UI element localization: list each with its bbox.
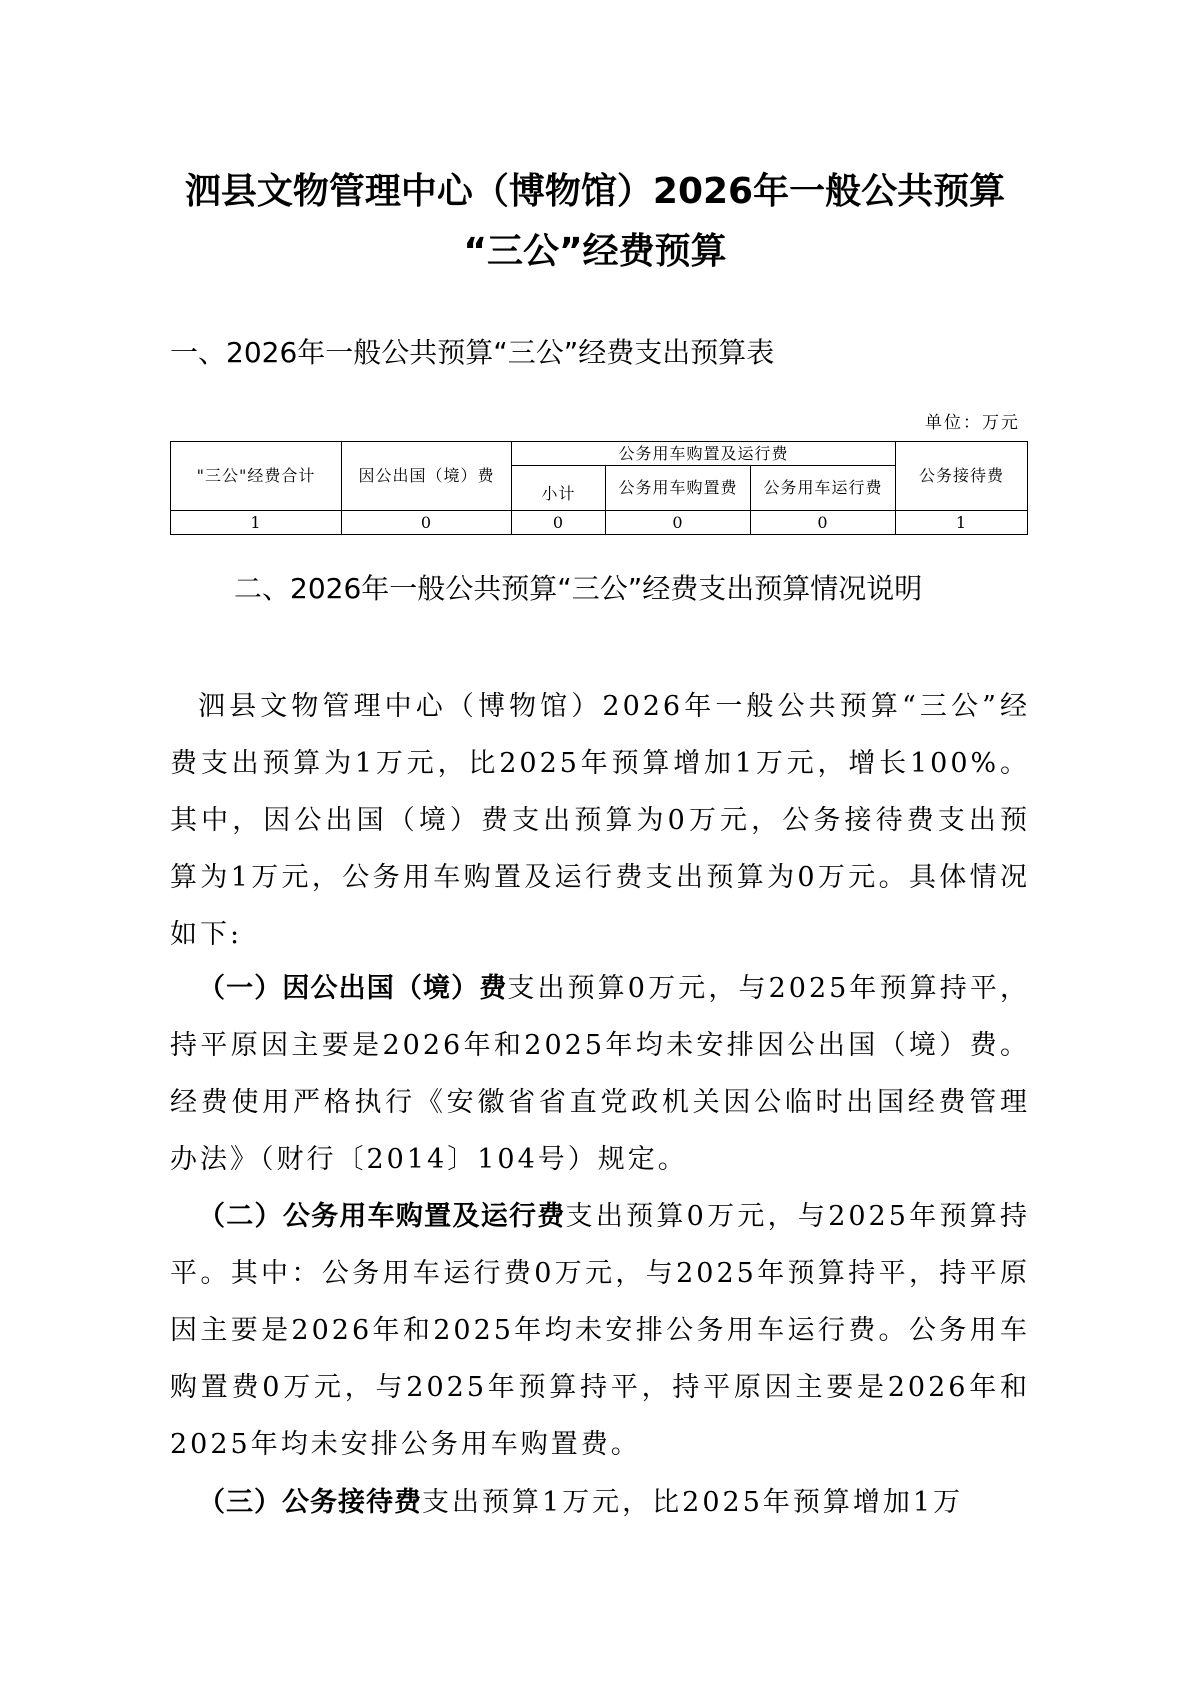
section-1-heading: 一、2026年一般公共预算“三公”经费支出预算表	[170, 333, 1030, 373]
cell-vehicle-purchase: 0	[606, 511, 751, 535]
item-vehicle-paragraph: （二）公务用车购置及运行费支出预算0万元，与2025年预算持平。其中：公务用车运…	[170, 1188, 1030, 1473]
item-vehicle-text: 支出预算0万元，与2025年预算持平。其中：公务用车运行费0万元，与2025年预…	[170, 1201, 1030, 1460]
three-public-budget-table: "三公"经费合计 因公出国（境）费 公务用车购置及运行费 公务接待费 小计 公务…	[170, 441, 1028, 535]
header-overseas: 因公出国（境）费	[342, 442, 512, 511]
item-overseas-label: （一）因公出国（境）费	[198, 973, 507, 1004]
document-page: 泗县文物管理中心（博物馆）2026年一般公共预算 “三公”经费预算 一、2026…	[0, 0, 1190, 1684]
header-vehicle-operation: 公务用车运行费	[751, 466, 896, 511]
section-2-heading: 二、2026年一般公共预算“三公”经费支出预算情况说明	[170, 560, 1030, 618]
header-vehicle-group: 公务用车购置及运行费	[512, 442, 896, 466]
item-reception-label: （三）公务接待费	[198, 1487, 422, 1518]
header-total: "三公"经费合计	[171, 442, 342, 511]
cell-vehicle-operation: 0	[751, 511, 896, 535]
cell-reception: 1	[896, 511, 1028, 535]
item-reception-paragraph: （三）公务接待费支出预算1万元，比2025年预算增加1万	[170, 1474, 1030, 1531]
item-vehicle-label: （二）公务用车购置及运行费	[198, 1201, 566, 1232]
document-title-line-2: “三公”经费预算	[150, 230, 1040, 274]
document-title-line-1: 泗县文物管理中心（博物馆）2026年一般公共预算	[150, 170, 1040, 214]
table-row: 1 0 0 0 0 1	[171, 511, 1028, 535]
item-reception-text: 支出预算1万元，比2025年预算增加1万	[422, 1487, 963, 1518]
cell-total: 1	[171, 511, 342, 535]
header-vehicle-purchase: 公务用车购置费	[606, 466, 751, 511]
intro-paragraph: 泗县文物管理中心（博物馆）2026年一般公共预算“三公”经费支出预算为1万元，比…	[170, 678, 1030, 963]
cell-vehicle-subtotal: 0	[512, 511, 606, 535]
header-vehicle-subtotal: 小计	[512, 466, 606, 511]
header-reception: 公务接待费	[896, 442, 1028, 511]
cell-overseas: 0	[342, 511, 512, 535]
unit-label: 单位：万元	[925, 408, 1020, 433]
item-overseas-paragraph: （一）因公出国（境）费支出预算0万元，与2025年预算持平，持平原因主要是202…	[170, 960, 1030, 1188]
